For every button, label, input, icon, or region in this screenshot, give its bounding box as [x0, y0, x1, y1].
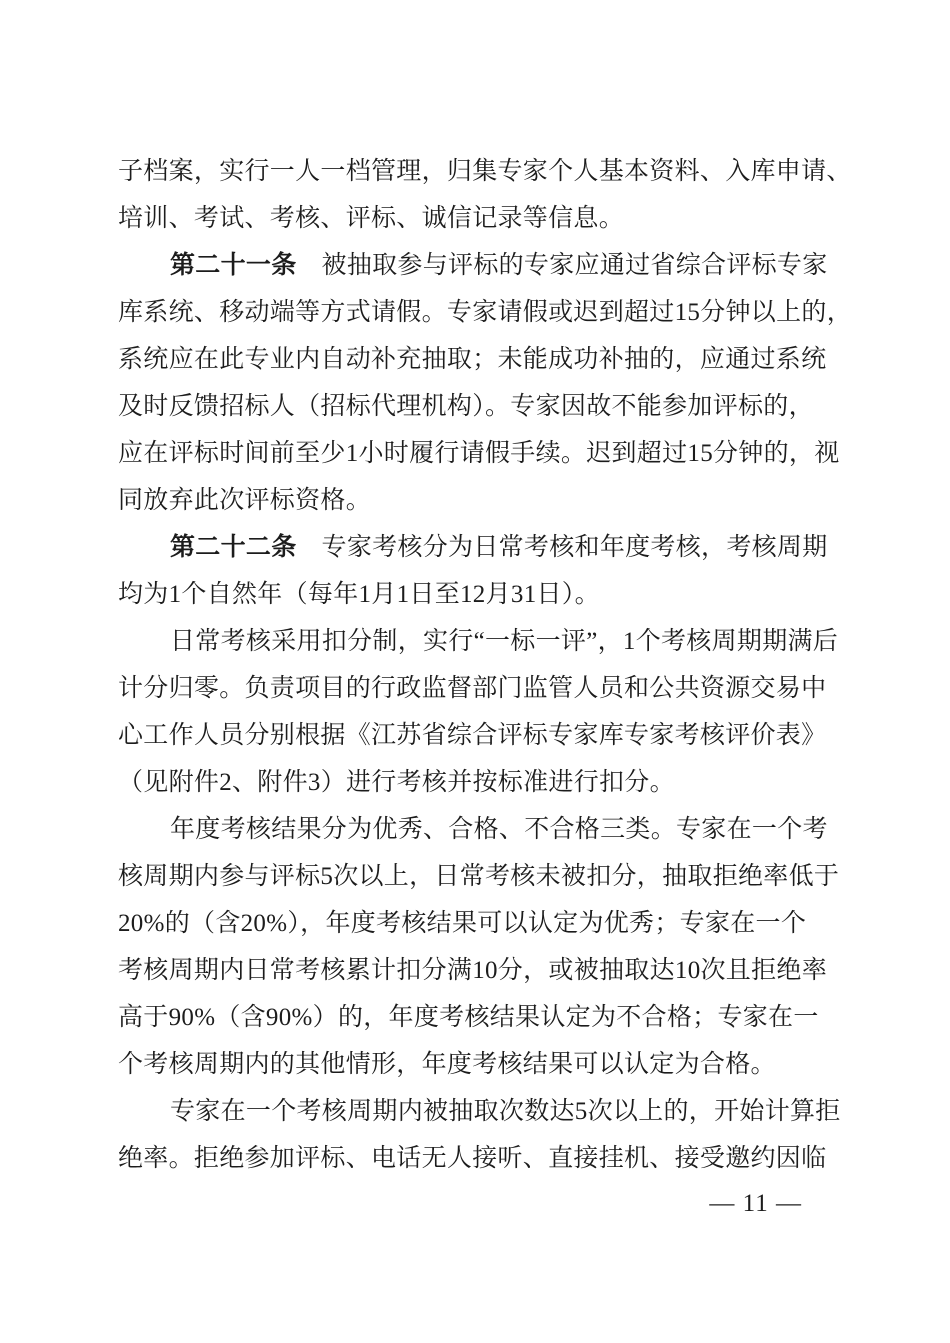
text-segment: 培训、考试、考核、评标、诚信记录等信息。 — [118, 205, 624, 232]
text-segment: 同放弃此次评标资格。 — [118, 487, 371, 514]
text-line: 核周期内参与评标5次以上，日常考核未被扣分，抽取拒绝率低于 — [118, 853, 850, 900]
text-line: 系统应在此专业内自动补充抽取；未能成功补抽的，应通过系统 — [118, 336, 850, 383]
text-line: 心工作人员分别根据《江苏省综合评标专家库专家考核评价表》 — [118, 712, 850, 759]
text-line: 应在评标时间前至少1小时履行请假手续。迟到超过15分钟的，视 — [118, 430, 850, 477]
text-line: 及时反馈招标人（招标代理机构）。专家因故不能参加评标的， — [118, 383, 850, 430]
text-line: 第二十二条专家考核分为日常考核和年度考核，考核周期 — [118, 524, 850, 571]
article-heading: 第二十二条 — [170, 534, 297, 561]
text-segment: 应在评标时间前至少1小时履行请假手续。迟到超过15分钟的，视 — [118, 440, 840, 467]
text-line: 子档案，实行一人一档管理，归集专家个人基本资料、入库申请、 — [118, 148, 850, 195]
text-line: 考核周期内日常考核累计扣分满10分，或被抽取达10次且拒绝率 — [118, 947, 850, 994]
text-segment: 绝率。拒绝参加评标、电话无人接听、直接挂机、接受邀约因临 — [118, 1145, 826, 1172]
text-line: 个考核周期内的其他情形，年度考核结果可以认定为合格。 — [118, 1041, 850, 1088]
text-line: 同放弃此次评标资格。 — [118, 477, 850, 524]
document-page: 子档案，实行一人一档管理，归集专家个人基本资料、入库申请、培训、考试、考核、评标… — [0, 0, 950, 1343]
article-heading: 第二十一条 — [170, 252, 297, 279]
text-line: 第二十一条被抽取参与评标的专家应通过省综合评标专家 — [118, 242, 850, 289]
text-segment: 专家在一个考核周期内被抽取次数达5次以上的，开始计算拒 — [170, 1098, 841, 1125]
text-segment: 计分归零。负责项目的行政监督部门监管人员和公共资源交易中 — [118, 675, 826, 702]
text-segment: （见附件2、附件3）进行考核并按标准进行扣分。 — [118, 769, 675, 796]
text-line: （见附件2、附件3）进行考核并按标准进行扣分。 — [118, 759, 850, 806]
text-segment: 20%的（含20%），年度考核结果可以认定为优秀；专家在一个 — [118, 910, 806, 937]
document-body: 子档案，实行一人一档管理，归集专家个人基本资料、入库申请、培训、考试、考核、评标… — [118, 148, 850, 1182]
text-line: 绝率。拒绝参加评标、电话无人接听、直接挂机、接受邀约因临 — [118, 1135, 850, 1182]
text-segment: 核周期内参与评标5次以上，日常考核未被扣分，抽取拒绝率低于 — [118, 863, 839, 890]
text-segment: 及时反馈招标人（招标代理机构）。专家因故不能参加评标的， — [118, 393, 814, 420]
text-segment: 子档案，实行一人一档管理，归集专家个人基本资料、入库申请、 — [118, 158, 852, 185]
text-line: 年度考核结果分为优秀、合格、不合格三类。专家在一个考 — [118, 806, 850, 853]
text-line: 专家在一个考核周期内被抽取次数达5次以上的，开始计算拒 — [118, 1088, 850, 1135]
text-line: 计分归零。负责项目的行政监督部门监管人员和公共资源交易中 — [118, 665, 850, 712]
text-line: 高于90%（含90%）的，年度考核结果认定为不合格；专家在一 — [118, 994, 850, 1041]
text-segment: 个考核周期内的其他情形，年度考核结果可以认定为合格。 — [118, 1051, 776, 1078]
text-line: 培训、考试、考核、评标、诚信记录等信息。 — [118, 195, 850, 242]
text-segment: 专家考核分为日常考核和年度考核，考核周期 — [322, 534, 828, 561]
text-segment: 库系统、移动端等方式请假。专家请假或迟到超过15分钟以上的， — [118, 299, 852, 326]
text-segment: 心工作人员分别根据《江苏省综合评标专家库专家考核评价表》 — [118, 722, 826, 749]
text-segment: 高于90%（含90%）的，年度考核结果认定为不合格；专家在一 — [118, 1004, 819, 1031]
text-segment: 被抽取参与评标的专家应通过省综合评标专家 — [322, 252, 828, 279]
text-line: 日常考核采用扣分制，实行“一标一评”，1个考核周期期满后 — [118, 618, 850, 665]
text-line: 库系统、移动端等方式请假。专家请假或迟到超过15分钟以上的， — [118, 289, 850, 336]
text-segment: 考核周期内日常考核累计扣分满10分，或被抽取达10次且拒绝率 — [118, 957, 827, 984]
text-segment: 年度考核结果分为优秀、合格、不合格三类。专家在一个考 — [170, 816, 828, 843]
text-line: 均为1个自然年（每年1月1日至12月31日）。 — [118, 571, 850, 618]
text-line: 20%的（含20%），年度考核结果可以认定为优秀；专家在一个 — [118, 900, 850, 947]
text-segment: 均为1个自然年（每年1月1日至12月31日）。 — [118, 581, 600, 608]
text-segment: 系统应在此专业内自动补充抽取；未能成功补抽的，应通过系统 — [118, 346, 826, 373]
text-segment: 日常考核采用扣分制，实行“一标一评”，1个考核周期期满后 — [170, 628, 838, 655]
page-number: — 11 — — [709, 1188, 802, 1220]
